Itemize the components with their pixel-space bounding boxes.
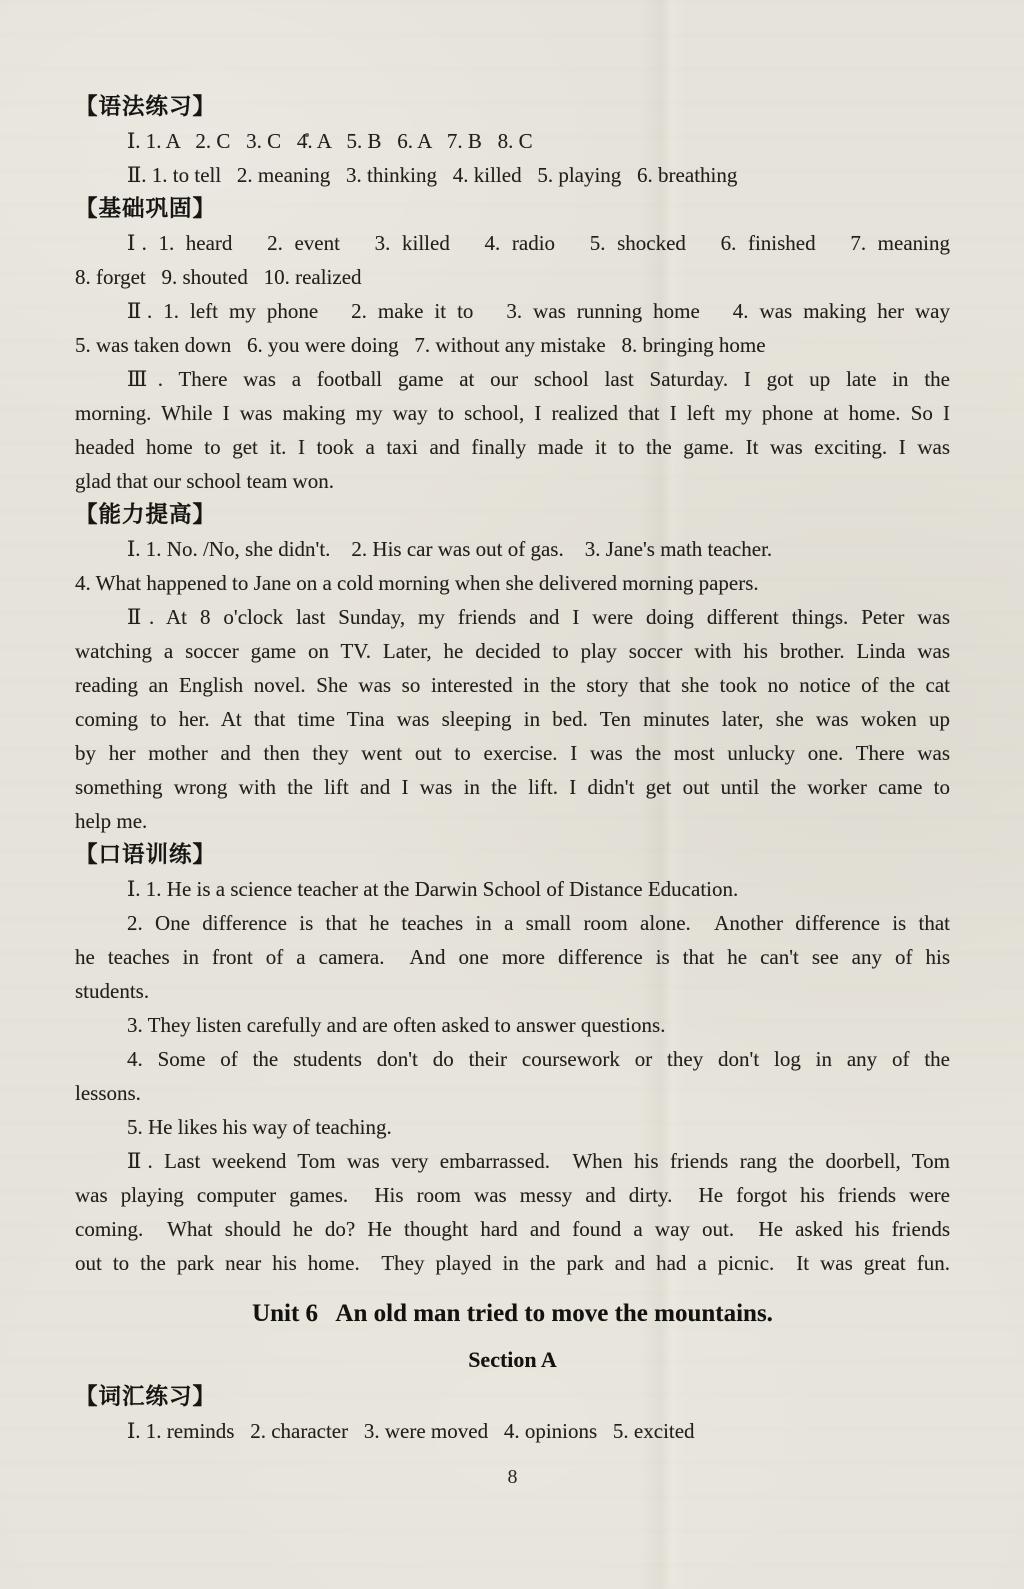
section-heading: 【语法练习】	[75, 90, 950, 124]
text-line: he teaches in front of a camera. And one…	[75, 940, 950, 974]
text-line: Ⅰ. 1. heard 2. event 3. killed 4. radio …	[75, 226, 950, 260]
answer-key-content: 【语法练习】Ⅰ. 1. A 2. C 3. C 4. A 5. B 6. A 7…	[0, 0, 1024, 1492]
section-heading: 【词汇练习】	[75, 1380, 950, 1414]
text-line: help me.	[75, 804, 950, 838]
page-number: 8	[75, 1462, 950, 1492]
text-line: Ⅰ. 1. A 2. C 3. C 4. A 5. B 6. A 7. B 8.…	[75, 124, 950, 158]
section-heading: 【能力提高】	[75, 498, 950, 532]
text-line: 2. One difference is that he teaches in …	[75, 906, 950, 940]
section-heading: 【口语训练】	[75, 838, 950, 872]
text-line: 4. Some of the students don't do their c…	[75, 1042, 950, 1076]
text-line: morning. While I was making my way to sc…	[75, 396, 950, 430]
section-a-title: Section A	[75, 1342, 950, 1378]
text-line: something wrong with the lift and I was …	[75, 770, 950, 804]
text-line: watching a soccer game on TV. Later, he …	[75, 634, 950, 668]
text-line: 8. forget 9. shouted 10. realized	[75, 260, 950, 294]
text-line: Ⅰ. 1. reminds 2. character 3. were moved…	[75, 1414, 950, 1448]
text-line: by her mother and then they went out to …	[75, 736, 950, 770]
text-line: out to the park near his home. They play…	[75, 1246, 950, 1280]
text-line: 5. was taken down 6. you were doing 7. w…	[75, 328, 950, 362]
text-line: glad that our school team won.	[75, 464, 950, 498]
text-line: reading an English novel. She was so int…	[75, 668, 950, 702]
workbook-page: 【语法练习】Ⅰ. 1. A 2. C 3. C 4. A 5. B 6. A 7…	[0, 0, 1024, 1589]
text-line: students.	[75, 974, 950, 1008]
text-line: coming to her. At that time Tina was sle…	[75, 702, 950, 736]
unit-title: Unit 6 An old man tried to move the moun…	[75, 1294, 950, 1334]
text-line: Ⅰ. 1. He is a science teacher at the Dar…	[75, 872, 950, 906]
text-line: coming. What should he do? He thought ha…	[75, 1212, 950, 1246]
text-line: 3. They listen carefully and are often a…	[75, 1008, 950, 1042]
text-line: headed home to get it. I took a taxi and…	[75, 430, 950, 464]
text-line: Ⅱ. 1. left my phone 2. make it to 3. was…	[75, 294, 950, 328]
section-heading: 【基础巩固】	[75, 192, 950, 226]
text-lines-container: 【语法练习】Ⅰ. 1. A 2. C 3. C 4. A 5. B 6. A 7…	[75, 90, 950, 1448]
text-line: Ⅱ. At 8 o'clock last Sunday, my friends …	[75, 600, 950, 634]
text-line: Ⅰ. 1. No. /No, she didn't. 2. His car wa…	[75, 532, 950, 566]
text-line: was playing computer games. His room was…	[75, 1178, 950, 1212]
text-line: 5. He likes his way of teaching.	[75, 1110, 950, 1144]
text-line: lessons.	[75, 1076, 950, 1110]
text-line: Ⅱ. Last weekend Tom was very embarrassed…	[75, 1144, 950, 1178]
text-line: Ⅱ. 1. to tell 2. meaning 3. thinking 4. …	[75, 158, 950, 192]
text-line: Ⅲ. There was a football game at our scho…	[75, 362, 950, 396]
text-line: 4. What happened to Jane on a cold morni…	[75, 566, 950, 600]
